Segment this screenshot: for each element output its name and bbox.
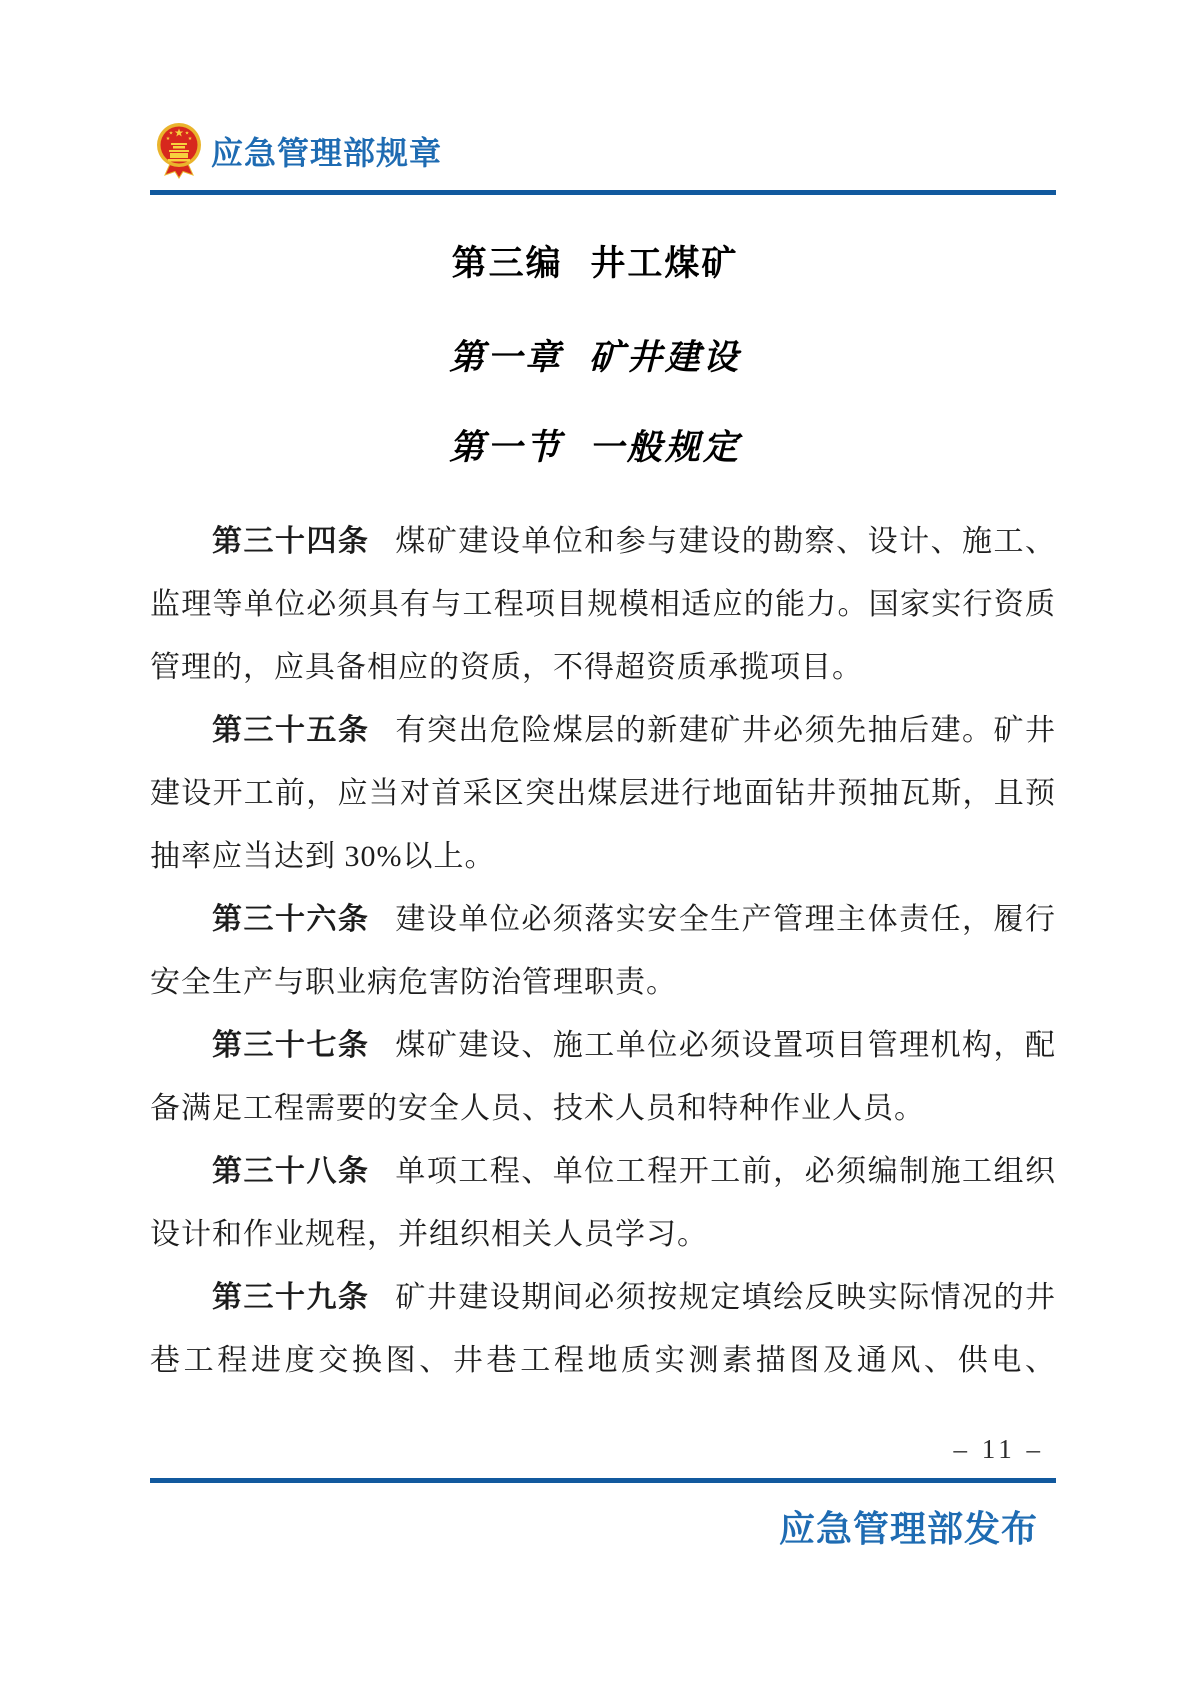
article-number: 第三十四条 <box>212 525 369 558</box>
document-page: 应急管理部规章 第三编 井工煤矿 第一章 矿井建设 第一节 一般规定 第三十四条… <box>0 0 1190 1683</box>
section-title: 第一节 一般规定 <box>0 420 1190 470</box>
article-number: 第三十六条 <box>212 903 369 936</box>
part-title: 第三编 井工煤矿 <box>0 236 1190 286</box>
chapter-title: 第一章 矿井建设 <box>0 330 1190 380</box>
article-number: 第三十八条 <box>212 1155 369 1188</box>
article-number: 第三十五条 <box>212 714 369 747</box>
national-emblem-icon <box>156 122 202 179</box>
header-rule <box>150 190 1056 195</box>
header-title: 应急管理部规章 <box>211 128 442 174</box>
article-paragraph-36: 第三十六条建设单位必须落实安全生产管理主体责任，履行安全生产与职业病危害防治管理… <box>150 888 1056 1014</box>
page-number: – 11 – <box>954 1434 1045 1465</box>
article-paragraph-35: 第三十五条有突出危险煤层的新建矿井必须先抽后建。矿井建设开工前，应当对首采区突出… <box>150 699 1056 888</box>
article-paragraph-38: 第三十八条单项工程、单位工程开工前，必须编制施工组织设计和作业规程，并组织相关人… <box>150 1140 1056 1266</box>
article-number: 第三十九条 <box>212 1281 369 1314</box>
article-body: 第三十四条煤矿建设单位和参与建设的勘察、设计、施工、监理等单位必须具有与工程项目… <box>150 510 1056 1392</box>
article-paragraph-34: 第三十四条煤矿建设单位和参与建设的勘察、设计、施工、监理等单位必须具有与工程项目… <box>150 510 1056 699</box>
article-number: 第三十七条 <box>212 1029 369 1062</box>
footer-rule <box>150 1478 1056 1483</box>
publisher: 应急管理部发布 <box>779 1501 1038 1552</box>
article-paragraph-37: 第三十七条煤矿建设、施工单位必须设置项目管理机构，配备满足工程需要的安全人员、技… <box>150 1014 1056 1140</box>
article-paragraph-39: 第三十九条矿井建设期间必须按规定填绘反映实际情况的井巷工程进度交换图、井巷工程地… <box>150 1266 1056 1392</box>
page-header: 应急管理部规章 <box>156 122 442 179</box>
